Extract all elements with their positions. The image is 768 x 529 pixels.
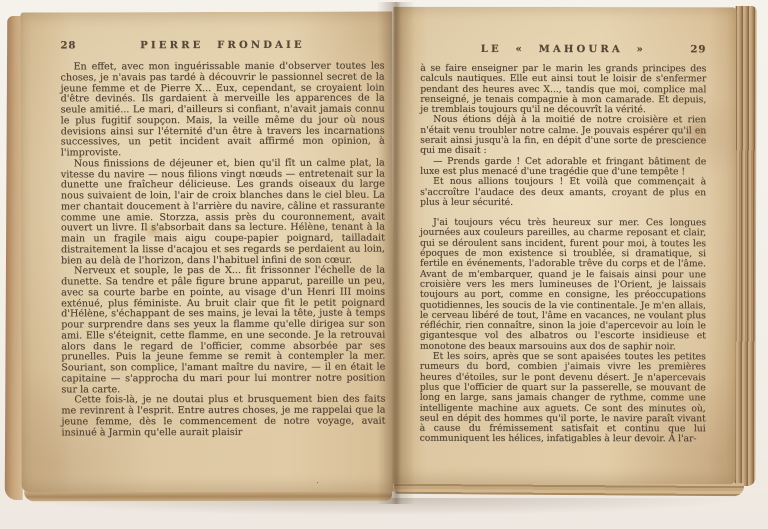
paragraph: Nous étions déjà à la moitié de notre cr… — [420, 115, 706, 157]
left-page-number: 28 — [60, 40, 94, 51]
paragraph: Et les soirs, après que se sont apaisées… — [420, 352, 706, 445]
gutter-shadow — [377, 2, 415, 504]
book-scan: 28 PIERRE FRONDAIE En effet, avec mon in… — [0, 0, 768, 529]
printers-mark: · — [314, 480, 322, 488]
foxing-spot — [141, 222, 167, 238]
paragraph: Nerveux et souple, le pas de X... fit fr… — [61, 266, 385, 396]
paragraph: Nous finissions de déjeuner et, bien qu'… — [61, 158, 385, 266]
left-running-title: PIERRE FRONDAIE — [94, 40, 350, 52]
paragraph: Et nous allions toujours ! Et voilà que … — [420, 177, 706, 208]
paragraph: Cette fois-là, je ne doutai plus et brus… — [61, 395, 385, 439]
paragraph: à se faire enseigner par le marin les gr… — [420, 64, 706, 116]
right-page: LE « MAHOURA » 29 à se faire enseigner p… — [393, 7, 737, 485]
paragraph: — Prends garde ! Cet adorable et fringan… — [420, 156, 706, 177]
paragraph: J'ai toujours vécu très heureux sur mer.… — [420, 218, 706, 352]
foxing-spot — [683, 122, 713, 142]
left-running-header: 28 PIERRE FRONDAIE — [60, 40, 384, 52]
right-page-stack-edge — [734, 6, 756, 486]
paragraph: En effet, avec mon inguérissable manie d… — [61, 62, 385, 160]
right-page-number: 29 — [672, 44, 706, 55]
left-page: 28 PIERRE FRONDAIE En effet, avec mon in… — [20, 12, 393, 493]
right-running-title: LE « MAHOURA » — [454, 44, 672, 55]
right-text-column: à se faire enseigner par le marin les gr… — [420, 64, 707, 445]
right-running-header: LE « MAHOURA » 29 — [420, 44, 706, 55]
left-text-column: En effet, avec mon inguérissable manie d… — [61, 62, 386, 439]
